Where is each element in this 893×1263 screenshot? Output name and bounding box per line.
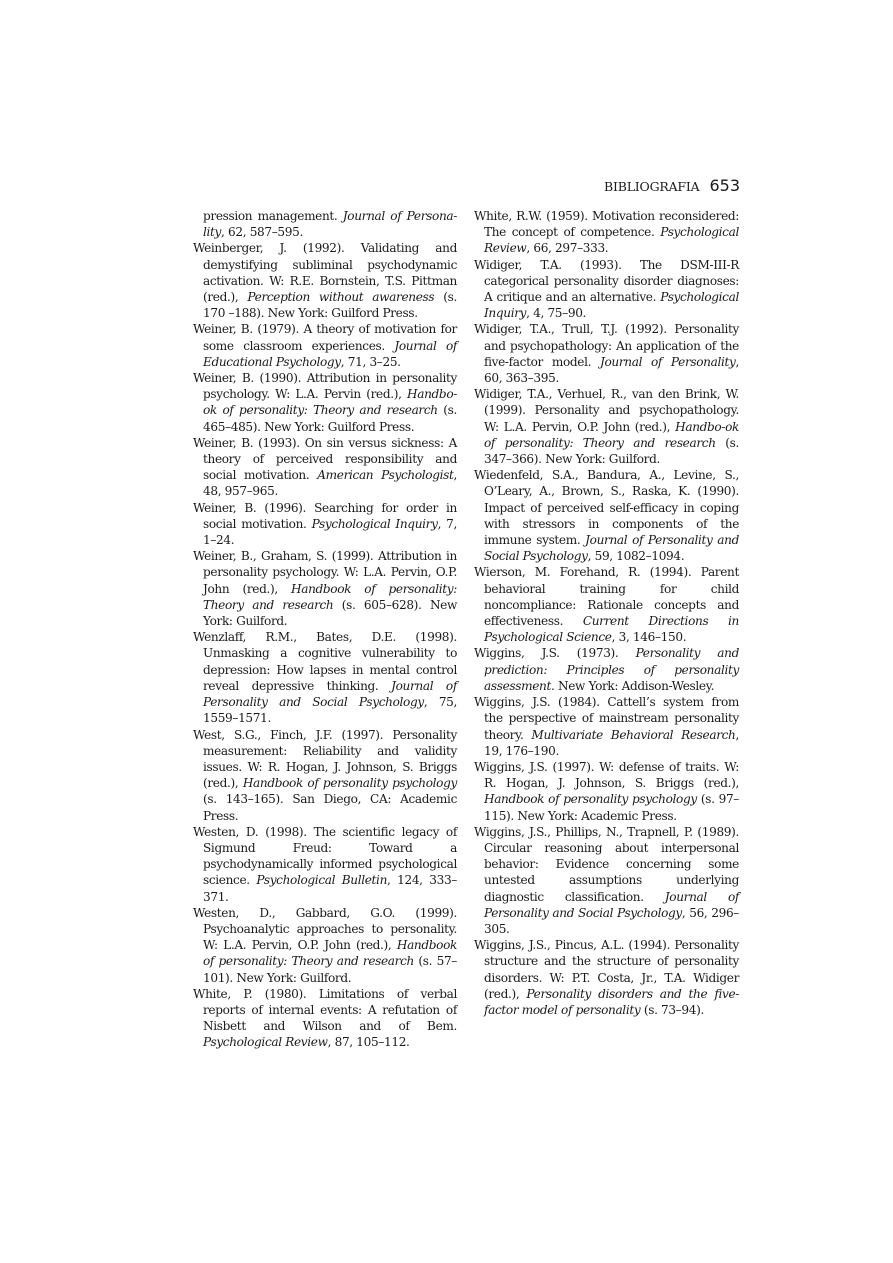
- bibliography-entry: Widiger, T.A., Verhuel, R., van den Brin…: [474, 386, 739, 467]
- entry-text: Wiggins, J.S. (1997). W: defense of trai…: [474, 760, 739, 790]
- bibliography-entry: Wiggins, J.S. (1984). Cattell’s system f…: [474, 694, 739, 759]
- bibliography-entry: White, R.W. (1959). Motivation reconside…: [474, 208, 739, 257]
- entry-title-italic: Psychological Bulletin: [256, 873, 387, 887]
- entry-title-italic: Handbook of personality psychology: [243, 776, 457, 790]
- bibliography-entry: Widiger, T.A. (1993). The DSM-III-R cate…: [474, 257, 739, 322]
- entry-text: . New York: Addison-Wesley.: [551, 679, 714, 693]
- running-header: BIBLIOGRAFIA653: [560, 176, 740, 196]
- document-page: BIBLIOGRAFIA653 pression management. Jou…: [0, 0, 893, 1263]
- entry-title-italic: Psychological Review: [203, 1035, 328, 1049]
- entry-text: , 62, 587–595.: [221, 225, 303, 239]
- entry-title-italic: Psychological Inquiry: [312, 517, 438, 531]
- bibliography-entry: pression management. Journal of Persona-…: [193, 208, 457, 240]
- entry-text: (s. 73–94).: [640, 1003, 704, 1017]
- bibliography-entry: Weiner, B. (1979). A theory of motivatio…: [193, 321, 457, 370]
- entry-text: , 4, 75–90.: [526, 306, 586, 320]
- section-title: BIBLIOGRAFIA: [604, 179, 699, 194]
- bibliography-column-right: White, R.W. (1959). Motivation reconside…: [474, 208, 739, 1018]
- bibliography-entry: West, S.G., Finch, J.F. (1997). Personal…: [193, 727, 457, 824]
- bibliography-column-left: pression management. Journal of Persona-…: [193, 208, 457, 1051]
- page-number: 653: [709, 176, 740, 195]
- bibliography-entry: Wiedenfeld, S.A., Bandura, A., Levine, S…: [474, 467, 739, 564]
- bibliography-entry: Westen, D. (1998). The scientific legacy…: [193, 824, 457, 905]
- bibliography-entry: Wiggins, J.S. (1997). W: defense of trai…: [474, 759, 739, 824]
- entry-text: , 71, 3–25.: [341, 355, 401, 369]
- entry-text: (s. 143–165). San Diego, CA: Academic Pr…: [203, 792, 457, 822]
- entry-text: pression management.: [203, 209, 343, 223]
- entry-title-italic: Multivariate Behavioral Research: [531, 728, 735, 742]
- entry-title-italic: American Psychologist: [317, 468, 453, 482]
- bibliography-entry: Wiggins, J.S., Phillips, N., Trapnell, P…: [474, 824, 739, 937]
- bibliography-entry: Wiggins, J.S. (1973). Personality and pr…: [474, 645, 739, 694]
- entry-text: , 87, 105–112.: [328, 1035, 410, 1049]
- bibliography-entry: Weiner, B., Graham, S. (1999). Attributi…: [193, 548, 457, 629]
- bibliography-entry: Weiner, B. (1990). Attribution in person…: [193, 370, 457, 435]
- entry-title-italic: Perception without awareness: [247, 290, 434, 304]
- bibliography-entry: Weiner, B. (1996). Searching for order i…: [193, 500, 457, 549]
- entry-text: , 66, 297–333.: [526, 241, 608, 255]
- entry-text: Wiggins, J.S. (1973).: [474, 646, 636, 660]
- bibliography-entry: Widiger, T.A., Trull, T.J. (1992). Perso…: [474, 321, 739, 386]
- bibliography-entry: Wiggins, J.S., Pincus, A.L. (1994). Pers…: [474, 937, 739, 1018]
- bibliography-entry: Weinberger, J. (1992). Validating and de…: [193, 240, 457, 321]
- bibliography-entry: Westen, D., Gabbard, G.O. (1999). Psycho…: [193, 905, 457, 986]
- bibliography-entry: White, P. (1980). Limitations of verbal …: [193, 986, 457, 1051]
- entry-text: , 59, 1082–1094.: [588, 549, 685, 563]
- entry-title-italic: Handbook of personality psychology: [484, 792, 697, 806]
- bibliography-entry: Wierson, M. Forehand, R. (1994). Parent …: [474, 564, 739, 645]
- bibliography-entry: Weiner, B. (1993). On sin versus sicknes…: [193, 435, 457, 500]
- entry-title-italic: Journal of Personality: [600, 355, 736, 369]
- entry-text: White, P. (1980). Limitations of verbal …: [193, 987, 457, 1033]
- entry-text: , 3, 146–150.: [612, 630, 687, 644]
- bibliography-entry: Wenzlaff, R.M., Bates, D.E. (1998). Unma…: [193, 629, 457, 726]
